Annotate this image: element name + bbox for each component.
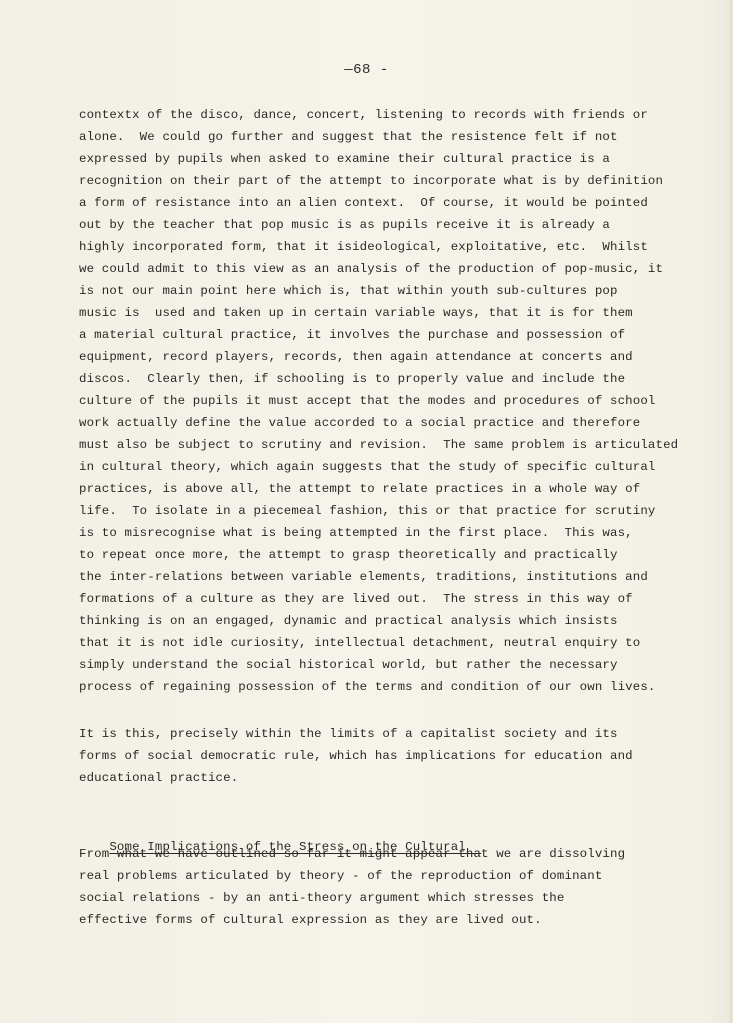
text-line: the inter-relations between variable ele… — [79, 566, 678, 588]
text-line: work actually define the value accorded … — [79, 412, 678, 434]
text-line: out by the teacher that pop music is as … — [79, 214, 678, 236]
paragraph-implications: From what we have outlined so far it mig… — [79, 843, 625, 931]
text-line: contextx of the disco, dance, concert, l… — [79, 104, 678, 126]
text-line: forms of social democratic rule, which h… — [79, 745, 633, 767]
text-line: to repeat once more, the attempt to gras… — [79, 544, 678, 566]
text-line: practices, is above all, the attempt to … — [79, 478, 678, 500]
page-number: —68 - — [0, 62, 733, 78]
text-line: music is used and taken up in certain va… — [79, 302, 678, 324]
text-line: equipment, record players, records, then… — [79, 346, 678, 368]
text-line: a material cultural practice, it involve… — [79, 324, 678, 346]
text-line: alone. We could go further and suggest t… — [79, 126, 678, 148]
text-line: recognition on their part of the attempt… — [79, 170, 678, 192]
text-line: in cultural theory, which again suggests… — [79, 456, 678, 478]
text-line: real problems articulated by theory - of… — [79, 865, 625, 887]
text-line: life. To isolate in a piecemeal fashion,… — [79, 500, 678, 522]
text-line: expressed by pupils when asked to examin… — [79, 148, 678, 170]
text-line: educational practice. — [79, 767, 633, 789]
text-line: culture of the pupils it must accept tha… — [79, 390, 678, 412]
text-line: From what we have outlined so far it mig… — [79, 843, 625, 865]
typewritten-page: —68 - contextx of the disco, dance, conc… — [0, 0, 733, 1023]
page-edge-shadow — [729, 0, 733, 1023]
text-line: effective forms of cultural expression a… — [79, 909, 625, 931]
text-line: discos. Clearly then, if schooling is to… — [79, 368, 678, 390]
text-line: that it is not idle curiosity, intellect… — [79, 632, 678, 654]
text-line: thinking is on an engaged, dynamic and p… — [79, 610, 678, 632]
text-line: is to misrecognise what is being attempt… — [79, 522, 678, 544]
text-line: simply understand the social historical … — [79, 654, 678, 676]
paragraph-pop-music-cultural-practice: contextx of the disco, dance, concert, l… — [79, 104, 678, 698]
text-line: must also be subject to scrutiny and rev… — [79, 434, 678, 456]
text-line: process of regaining possession of the t… — [79, 676, 678, 698]
paragraph-capitalist-society: It is this, precisely within the limits … — [79, 723, 633, 789]
text-line: It is this, precisely within the limits … — [79, 723, 633, 745]
text-line: social relations - by an anti-theory arg… — [79, 887, 625, 909]
text-line: formations of a culture as they are live… — [79, 588, 678, 610]
text-line: highly incorporated form, that it isideo… — [79, 236, 678, 258]
text-line: a form of resistance into an alien conte… — [79, 192, 678, 214]
text-line: is not our main point here which is, tha… — [79, 280, 678, 302]
text-line: we could admit to this view as an analys… — [79, 258, 678, 280]
